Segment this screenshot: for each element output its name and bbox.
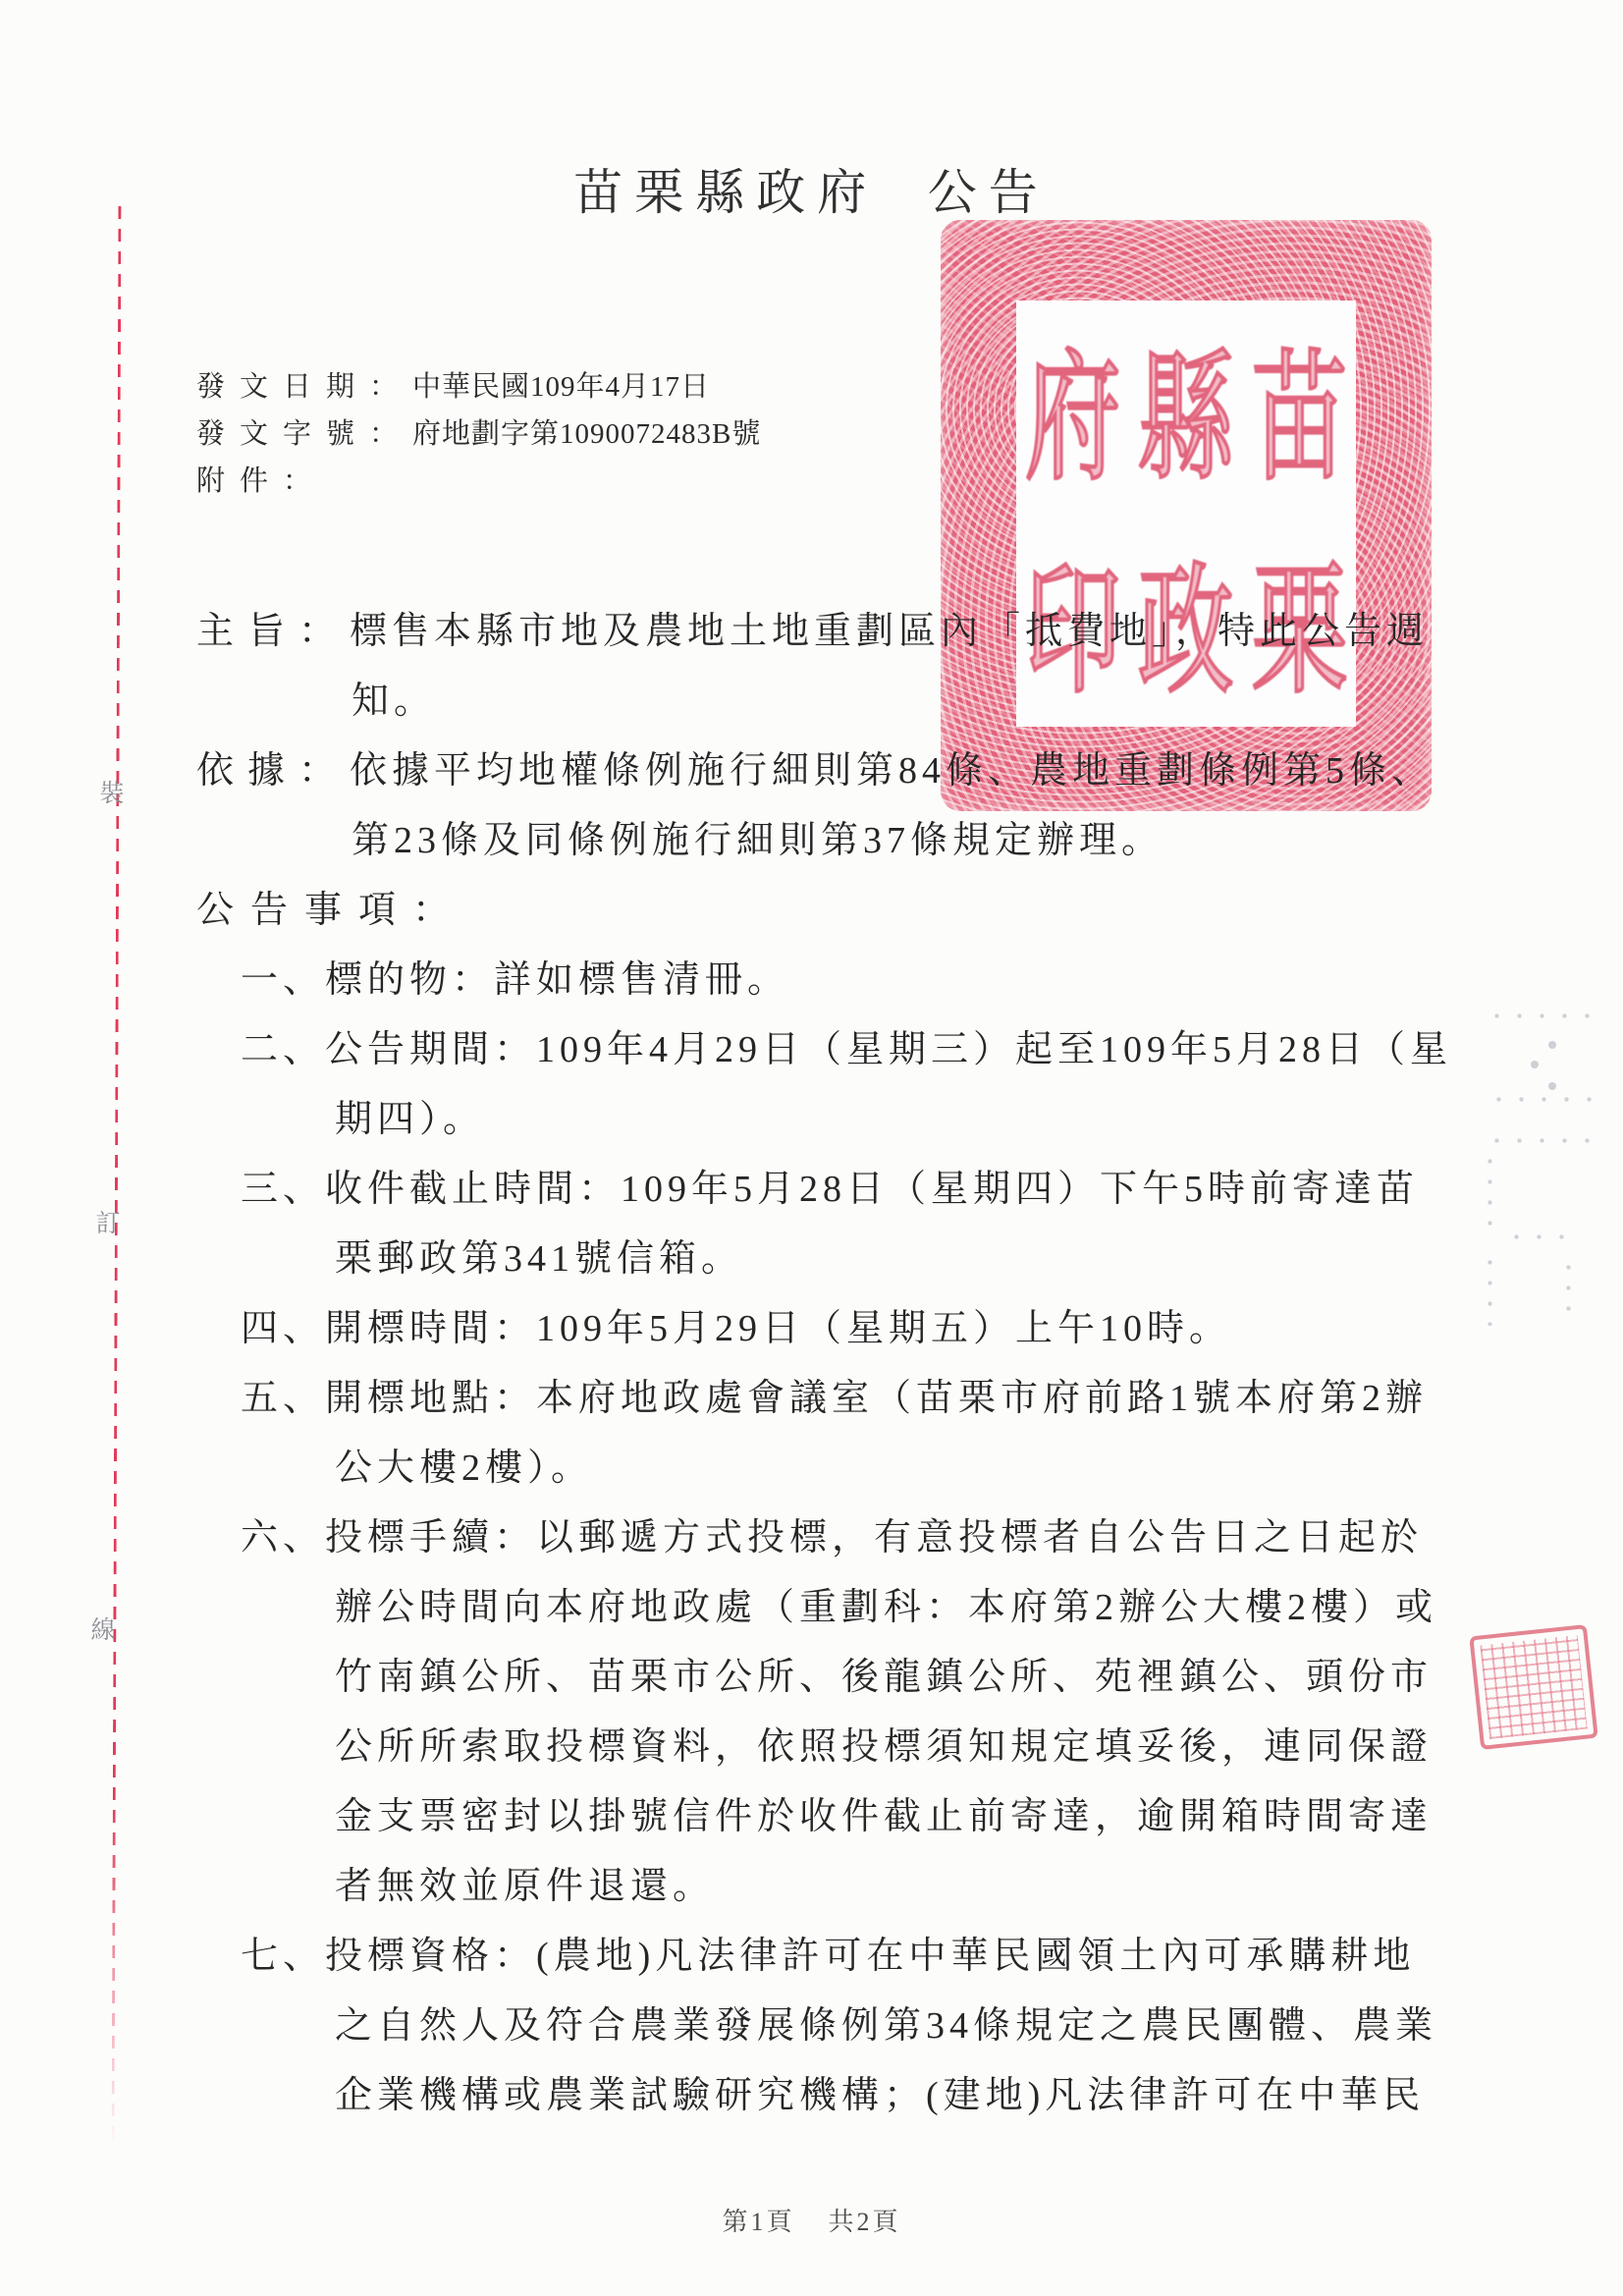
item-1-text: 標的物：詳如標售清冊。 (325, 959, 789, 1001)
attachment-label: 附件： (196, 465, 326, 497)
basis-paragraph: 依據：依據平均地權條例施行細則第84條、農地重劃條例第5條、 第23條及同條例施… (196, 737, 1517, 876)
binding-mark-zhuang: 裝 (95, 774, 129, 809)
item-5: 五、開標地點：本府地政處會議室（苗栗市府前路1號本府第2辦 公大樓2樓）。 (241, 1364, 1517, 1503)
item-3-text: 收件截止時間：109年5月28日（星期四）下午5時前寄達苗 栗郵政第341號信箱… (325, 1169, 1419, 1280)
item-4-number: 四、 (241, 1308, 325, 1349)
subject-text: 標售本縣市地及農地土地重劃區內「抵費地」，特此公告週 知。 (350, 611, 1429, 722)
doc-number-label: 發文字號： (196, 418, 412, 450)
issue-date-value: 中華民國109年4月17日 (412, 371, 710, 403)
dot-column (1564, 1257, 1573, 1326)
item-5-text: 開標地點：本府地政處會議室（苗栗市府前路1號本府第2辦 公大樓2樓）。 (325, 1378, 1428, 1489)
item-6-text: 投標手續：以郵遞方式投標，有意投標者自公告日之日起於 辦公時間向本府地政處（重劃… (325, 1517, 1437, 1907)
item-1-number: 一、 (241, 959, 325, 1001)
scanned-announcement-page: { "page": { "title": "苗栗縣政府 公告" }, "meta… (0, 0, 1623, 2296)
item-4: 四、開標時間：109年5月29日（星期五）上午10時。 (241, 1294, 1517, 1364)
item-6: 六、投標手續：以郵遞方式投標，有意投標者自公告日之日起於 辦公時間向本府地政處（… (241, 1503, 1517, 1922)
page-title: 苗栗縣政府 公告 (0, 153, 1623, 224)
basis-label: 依據： (196, 750, 350, 792)
item-7-number: 七、 (241, 1936, 325, 1977)
subject-paragraph: 主旨：標售本縣市地及農地土地重劃區內「抵費地」，特此公告週 知。 (196, 597, 1517, 737)
dot (1548, 1082, 1556, 1090)
document-meta: 發文日期：中華民國109年4月17日 發文字號：府地劃字第1090072483B… (196, 363, 761, 505)
footer-page-number: 第1頁 (722, 2208, 794, 2236)
attachment-row: 附件： (196, 458, 761, 505)
issue-date-row: 發文日期：中華民國109年4月17日 (196, 363, 761, 410)
doc-number-value: 府地劃字第1090072483B號 (412, 418, 761, 450)
announcement-items-heading: 公告事項： (196, 876, 1517, 946)
basis-text: 依據平均地權條例施行細則第84條、農地重劃條例第5條、 第23條及同條例施行細則… (350, 750, 1434, 861)
subject-label: 主旨： (196, 611, 350, 652)
item-7-text: 投標資格：(農地)凡法律許可在中華民國領土內可承購耕地 之自然人及符合農業發展條… (325, 1936, 1437, 2116)
binding-mark-xian: 線 (86, 1611, 120, 1646)
item-2-text: 公告期間：109年4月29日（星期三）起至109年5月28日（星 期四）。 (325, 1029, 1452, 1140)
item-3-number: 三、 (241, 1169, 325, 1210)
item-2-number: 二、 (241, 1029, 325, 1070)
binding-dashed-line (112, 206, 122, 2149)
footer-total-pages: 共2頁 (829, 2208, 901, 2236)
announcement-items: 一、標的物：詳如標售清冊。 二、公告期間：109年4月29日（星期三）起至109… (241, 946, 1517, 2131)
announcement-body: 主旨：標售本縣市地及農地土地重劃區內「抵費地」，特此公告週 知。 依據：依據平均… (196, 597, 1517, 2131)
item-7: 七、投標資格：(農地)凡法律許可在中華民國領土內可承購耕地 之自然人及符合農業發… (241, 1922, 1517, 2131)
item-1: 一、標的物：詳如標售清冊。 (241, 946, 1517, 1015)
dot (1548, 1041, 1556, 1049)
binding-mark-ding: 訂 (91, 1204, 125, 1239)
item-2: 二、公告期間：109年4月29日（星期三）起至109年5月28日（星 期四）。 (241, 1015, 1517, 1155)
page-footer: 第1頁共2頁 (0, 2202, 1623, 2238)
doc-number-row: 發文字號：府地劃字第1090072483B號 (196, 410, 761, 458)
dot (1531, 1061, 1539, 1068)
issue-date-label: 發文日期： (196, 371, 412, 403)
item-3: 三、收件截止時間：109年5月28日（星期四）下午5時前寄達苗 栗郵政第341號… (241, 1155, 1517, 1294)
item-5-number: 五、 (241, 1378, 325, 1419)
item-6-number: 六、 (241, 1517, 325, 1558)
item-4-text: 開標時間：109年5月29日（星期五）上午10時。 (325, 1308, 1231, 1349)
